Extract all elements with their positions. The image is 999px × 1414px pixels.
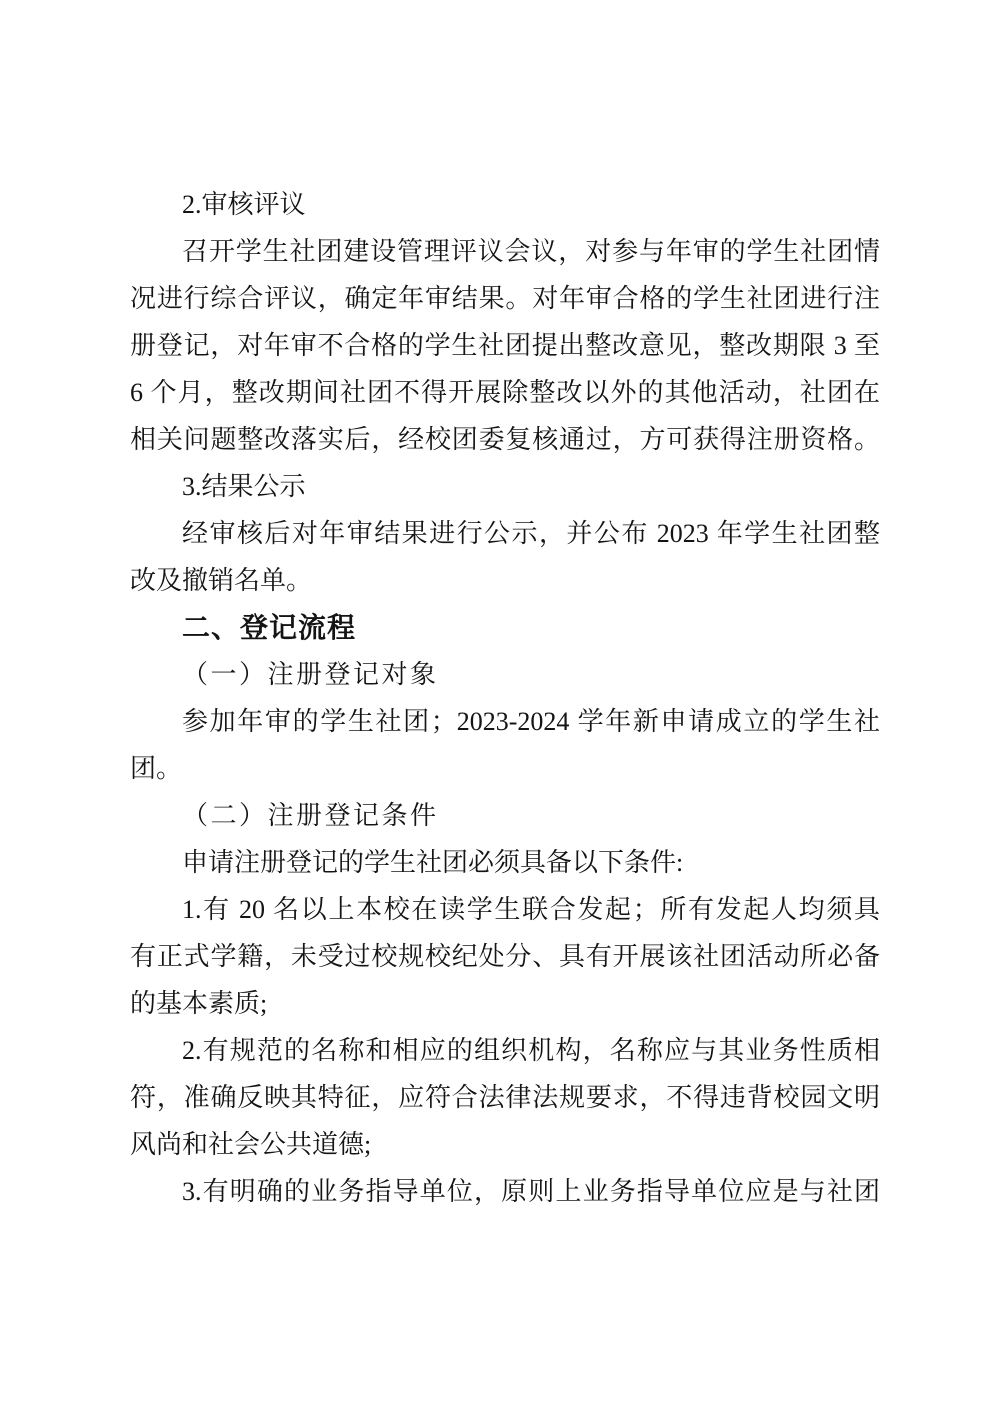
paragraph-line: 召开学生社团建设管理评议会议，对参与年审的学生社团情 (130, 228, 880, 275)
paragraph-line: 有正式学籍，未受过校规校纪处分、具有开展该社团活动所必备 (130, 933, 880, 980)
paragraph-line: 风尚和社会公共道德; (130, 1121, 880, 1168)
subsection-heading: （一）注册登记对象 (130, 651, 880, 698)
paragraph-line: 参加年审的学生社团；2023-2024 学年新申请成立的学生社 (130, 698, 880, 745)
paragraph-line: 6 个月，整改期间社团不得开展除整改以外的其他活动，社团在 (130, 369, 880, 416)
document-content: 2.审核评议 召开学生社团建设管理评议会议，对参与年审的学生社团情 况进行综合评… (130, 181, 880, 1215)
paragraph-line: 改及撤销名单。 (130, 557, 880, 604)
paragraph-line: 2.有规范的名称和相应的组织机构，名称应与其业务性质相 (130, 1027, 880, 1074)
paragraph-line: 1.有 20 名以上本校在读学生联合发起；所有发起人均须具 (130, 886, 880, 933)
numbered-subheading: 3.结果公示 (130, 463, 880, 510)
paragraph-line: 3.有明确的业务指导单位，原则上业务指导单位应是与社团 (130, 1168, 880, 1215)
numbered-subheading: 2.审核评议 (130, 181, 880, 228)
paragraph-line: 册登记，对年审不合格的学生社团提出整改意见，整改期限 3 至 (130, 322, 880, 369)
paragraph-line: 的基本素质; (130, 980, 880, 1027)
paragraph-line: 经审核后对年审结果进行公示，并公布 2023 年学生社团整 (130, 510, 880, 557)
paragraph-line: 况进行综合评议，确定年审结果。对年审合格的学生社团进行注 (130, 275, 880, 322)
paragraph-line: 符，准确反映其特征，应符合法律法规要求，不得违背校园文明 (130, 1074, 880, 1121)
paragraph-line: 相关问题整改落实后，经校团委复核通过，方可获得注册资格。 (130, 416, 880, 463)
subsection-heading: （二）注册登记条件 (130, 792, 880, 839)
document-page: 2.审核评议 召开学生社团建设管理评议会议，对参与年审的学生社团情 况进行综合评… (0, 0, 999, 1414)
section-heading: 二、登记流程 (130, 604, 880, 651)
paragraph-line: 申请注册登记的学生社团必须具备以下条件: (130, 839, 880, 886)
paragraph-line: 团。 (130, 745, 880, 792)
